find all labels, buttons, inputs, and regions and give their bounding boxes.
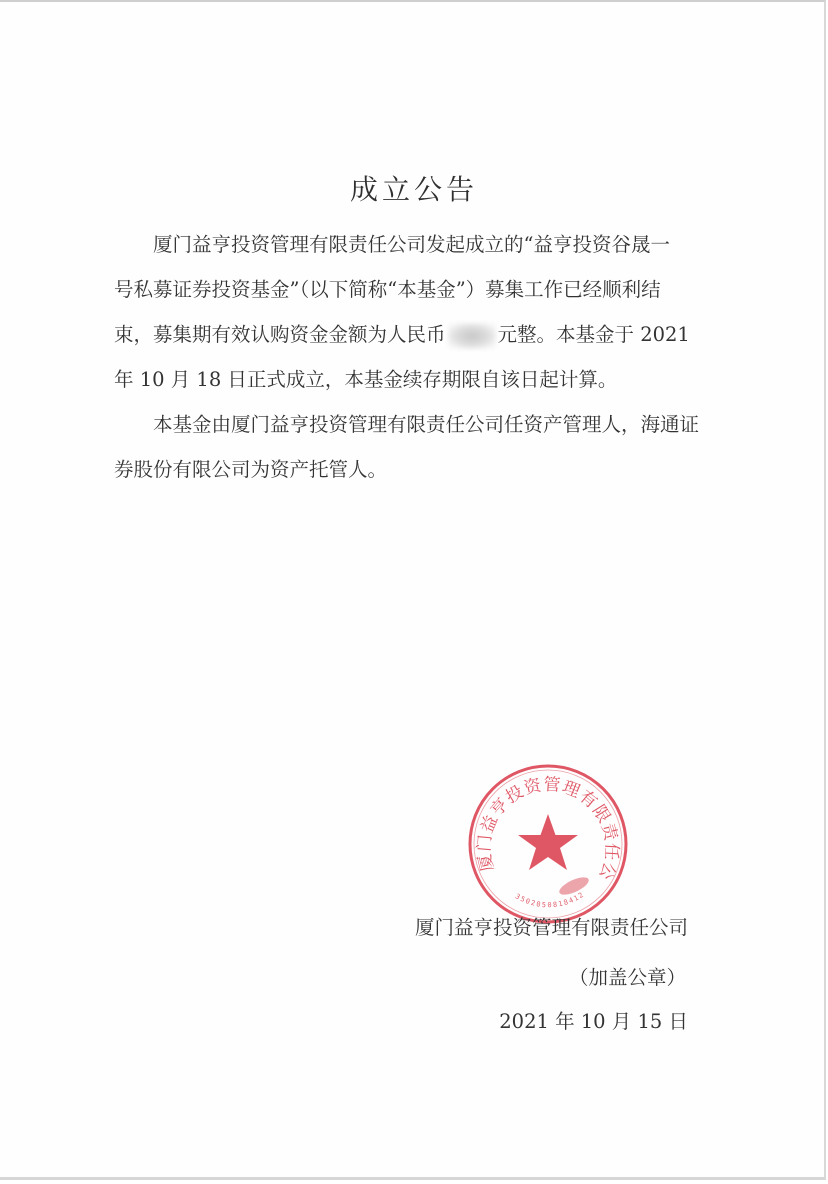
amount-prefix: 束，募集期有效认购资金金额为人民币 xyxy=(114,323,446,346)
paragraph-line: 号私募证券投资基金”（以下简称“本基金”）募集工作已经顺利结 xyxy=(114,267,714,312)
paragraph-managers: 本基金由厦门益亨投资管理有限责任公司任资产管理人，海通证 券股份有限公司为资产托… xyxy=(114,402,714,492)
paragraph-establishment: 厦门益亨投资管理有限责任公司发起成立的“益亨投资谷晟一 号私募证券投资基金”（以… xyxy=(114,222,714,402)
signature-company: 厦门益亨投资管理有限责任公司 xyxy=(415,912,688,940)
signature-date: 2021 年 10 月 15 日 xyxy=(499,1006,688,1034)
signature-stamp-note: （加盖公章） xyxy=(569,962,686,990)
seal-stamp-icon: 厦门益亨投资管理有限责任公司 3502050818412 xyxy=(466,762,630,926)
paragraph-line: 券股份有限公司为资产托管人。 xyxy=(114,447,714,492)
svg-text:厦门益亨投资管理有限责任公司: 厦门益亨投资管理有限责任公司 xyxy=(466,762,621,883)
paragraph-line: 年 10 月 18 日正式成立，本基金续存期限自该日起计算。 xyxy=(114,357,714,402)
document-page: 成立公告 厦门益亨投资管理有限责任公司发起成立的“益亨投资谷晟一 号私募证券投资… xyxy=(0,0,826,1180)
document-title: 成立公告 xyxy=(0,168,828,208)
company-seal: 厦门益亨投资管理有限责任公司 3502050818412 xyxy=(466,762,630,926)
paragraph-line: 厦门益亨投资管理有限责任公司发起成立的“益亨投资谷晟一 xyxy=(114,222,714,267)
paragraph-line: 本基金由厦门益亨投资管理有限责任公司任资产管理人，海通证 xyxy=(114,402,714,447)
amount-suffix: 元整。本基金于 2021 xyxy=(498,323,690,346)
svg-text:3502050818412: 3502050818412 xyxy=(514,890,586,909)
paragraph-line: 束，募集期有效认购资金金额为人民币元整。本基金于 2021 xyxy=(114,312,714,357)
redacted-amount xyxy=(448,323,496,349)
